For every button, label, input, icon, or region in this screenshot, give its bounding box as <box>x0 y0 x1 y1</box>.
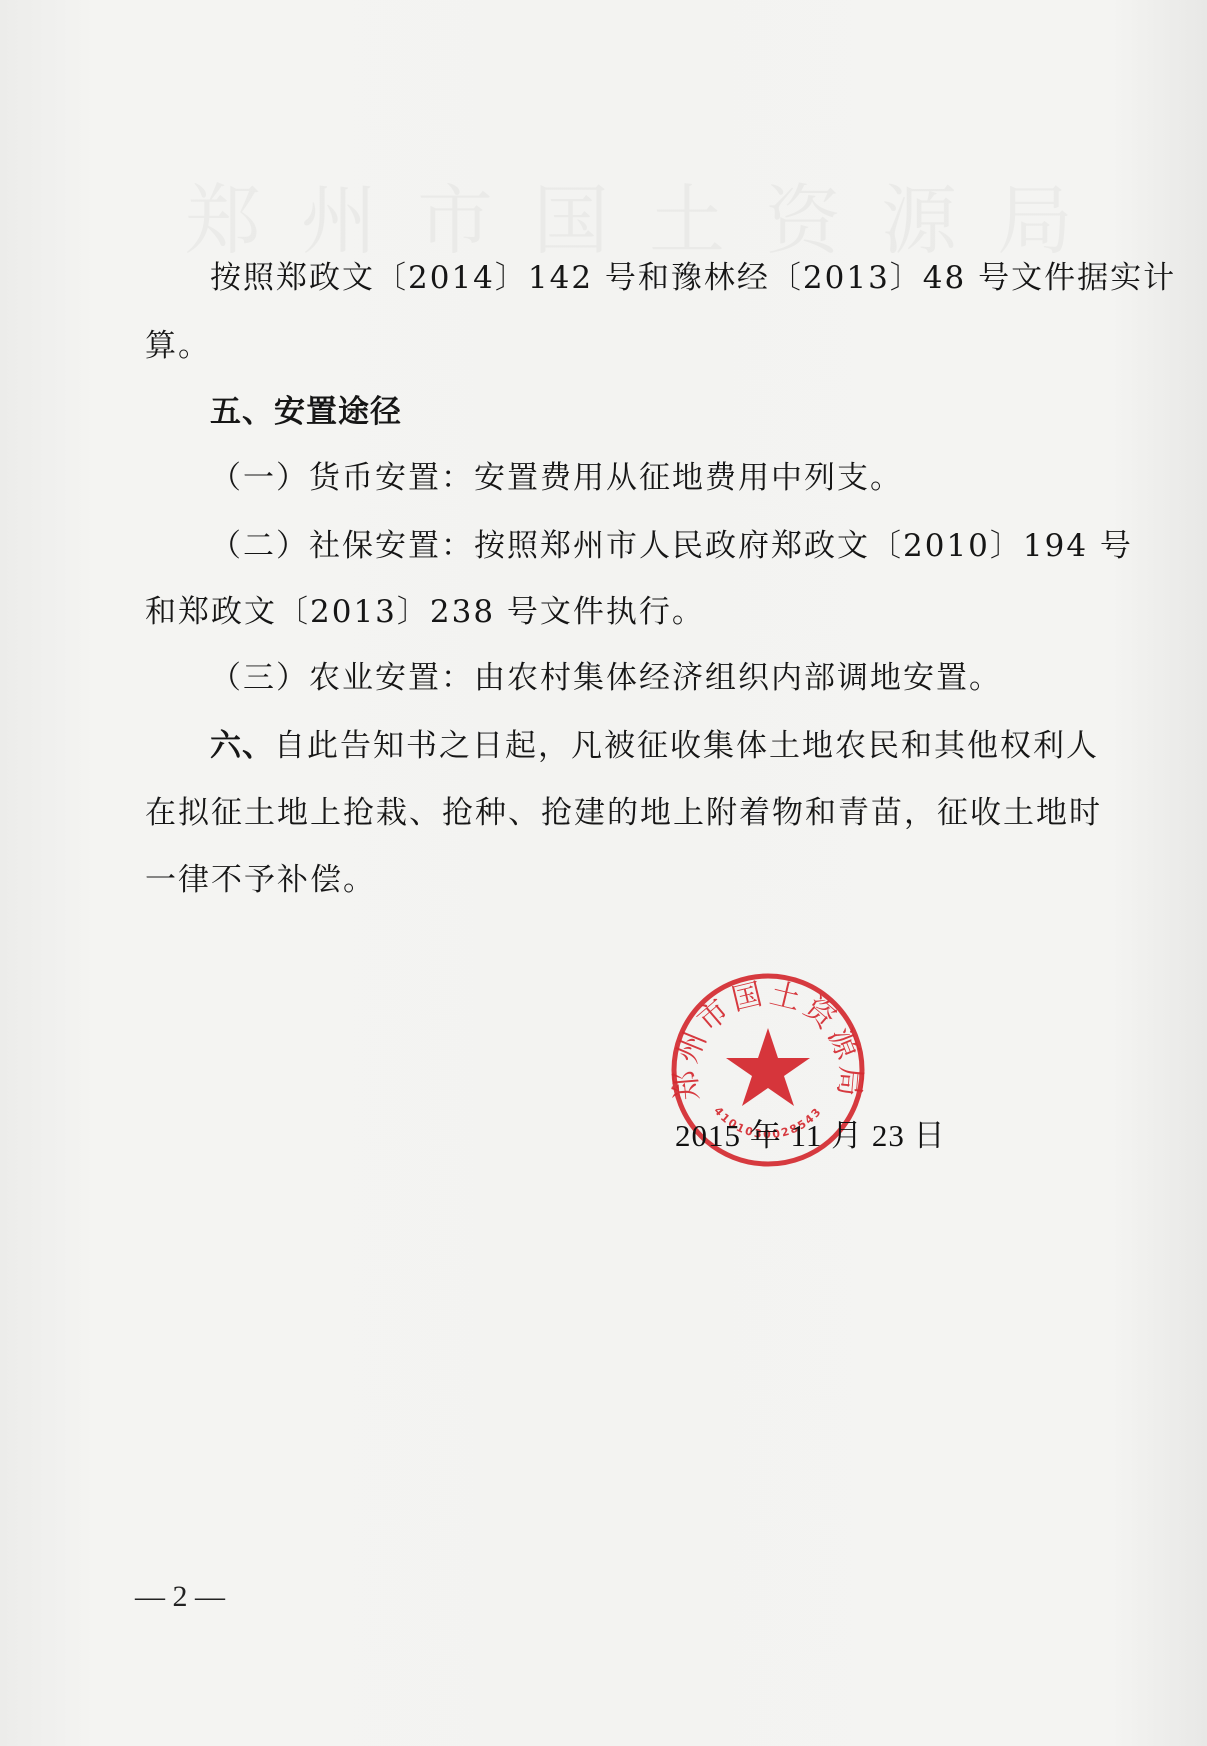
list-item: （三）农业安置：由农村集体经济组织内部调地安置。 <box>210 658 1002 698</box>
list-item: （一）货币安置：安置费用从征地费用中列支。 <box>210 458 903 498</box>
list-item: （二）社保安置：按照郑州市人民政府郑政文〔2010〕194 号 <box>210 526 1133 566</box>
section-heading: 五、安置途径 <box>210 392 402 432</box>
paragraph-text: 自此告知书之日起，凡被征收集体土地农民和其他权利人 <box>274 728 1099 764</box>
document-page: 郑州市国土资源局 按照郑政文〔2014〕142 号和豫林经〔2013〕48 号文… <box>0 0 1207 1746</box>
bleed-through-heading: 郑州市国土资源局 <box>185 160 1065 250</box>
paragraph-line: 六、自此告知书之日起，凡被征收集体土地农民和其他权利人 <box>210 726 1099 766</box>
star-icon <box>726 1028 810 1106</box>
paragraph-line: 按照郑政文〔2014〕142 号和豫林经〔2013〕48 号文件据实计 <box>210 258 1176 298</box>
page-number: — 2 — <box>135 1580 225 1614</box>
issue-date: 2015 年 11 月 23 日 <box>675 1110 946 1155</box>
paragraph-line: 在拟征土地上抢栽、抢种、抢建的地上附着物和青苗，征收土地时 <box>145 793 1102 833</box>
list-item-continuation: 和郑政文〔2013〕238 号文件执行。 <box>145 592 705 632</box>
paragraph-line: 一律不予补偿。 <box>145 860 376 900</box>
paragraph-line: 算。 <box>145 326 211 366</box>
section-number: 六、 <box>210 728 274 764</box>
